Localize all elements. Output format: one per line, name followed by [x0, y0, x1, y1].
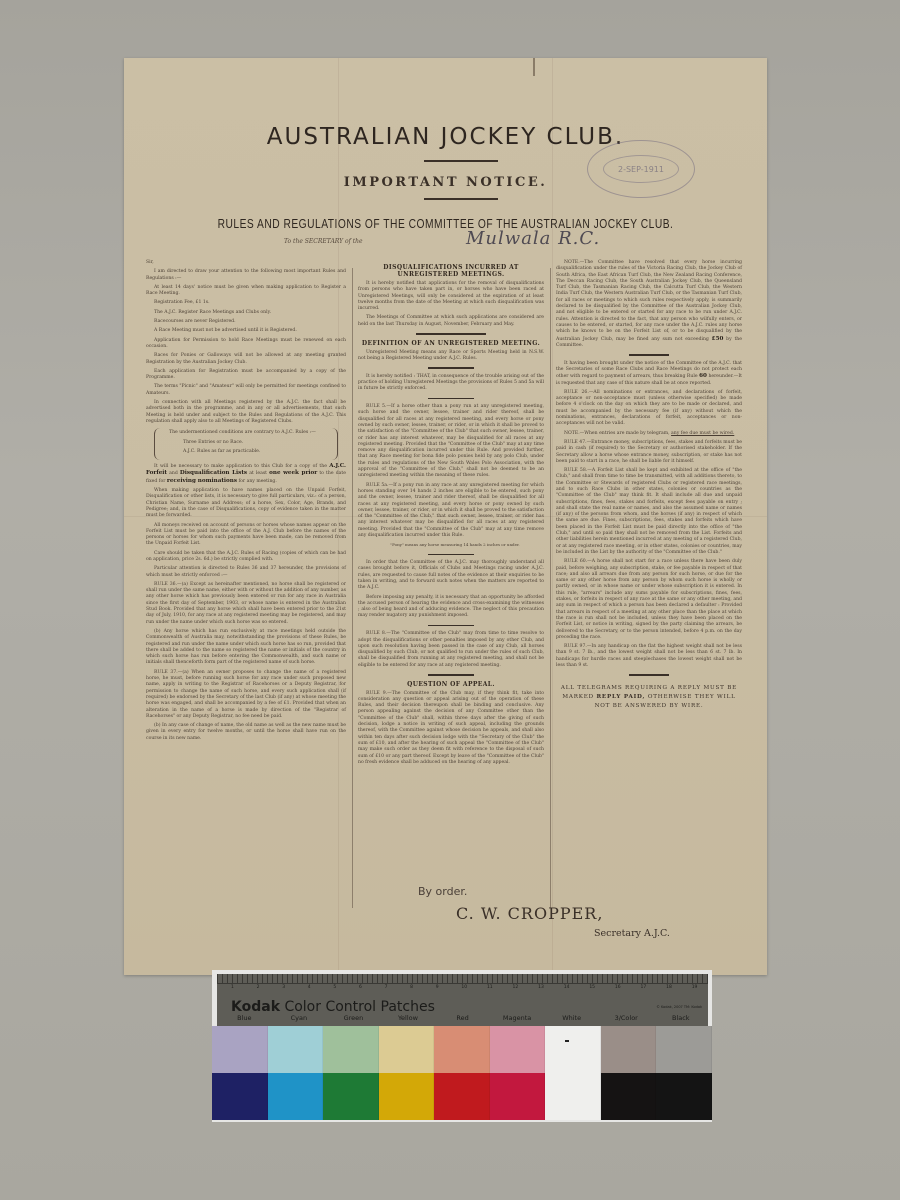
- rule-37b: (b) In any case of change of name, the o…: [146, 723, 346, 742]
- patch-label: Black: [654, 1014, 709, 1022]
- ruler-number: 11: [487, 985, 513, 990]
- patch-label: Magenta: [490, 1014, 545, 1022]
- received-date-stamp: 2-SEP-1911: [587, 140, 695, 198]
- patch-cyan-dark: [268, 1073, 324, 1120]
- paragraph: At least 14 days' notice must be given w…: [146, 285, 346, 298]
- conditions-box: The undermentioned conditions are contra…: [154, 428, 338, 460]
- patch-blue-dark: [212, 1073, 268, 1120]
- ruler-number: 19: [692, 985, 718, 990]
- handwritten-addressee: Mulwala R.C.: [466, 228, 600, 249]
- paragraph: The Meetings of Committee at which such …: [358, 315, 544, 328]
- salutation: Sir,: [146, 260, 346, 266]
- ruler-scale: [217, 974, 708, 984]
- rule-36b: (b) Any horse which has run exclusively …: [146, 629, 346, 667]
- section-rule: [416, 333, 486, 335]
- ruler-number: 9: [436, 985, 462, 990]
- ruler-numbers: 12345678910111213141516171819: [231, 985, 717, 990]
- ruler-number: 17: [641, 985, 667, 990]
- rule-8: RULE 8.—The "Committee of the Club" may …: [358, 631, 544, 669]
- patch-green-dark: [323, 1073, 379, 1120]
- notice-sheet: AUSTRALIAN JOCKEY CLUB. IMPORTANT NOTICE…: [124, 58, 767, 975]
- forfeit-list-paragraph: It will be necessary to make application…: [146, 463, 346, 485]
- card-copyright: © Kodak, 2007 TM: Kodak: [656, 1005, 702, 1009]
- rule-26: RULE 26.—All nominations or entrances, a…: [556, 390, 742, 428]
- patch-magenta-light: [490, 1026, 546, 1073]
- ruler-number: 10: [461, 985, 487, 990]
- patch-cyan-light: [268, 1026, 324, 1073]
- patch-label: Green: [326, 1014, 381, 1022]
- ruler-number: 15: [589, 985, 615, 990]
- patch-magenta-dark: [490, 1073, 546, 1120]
- paragraph: Care should be taken that the A.J.C. Rul…: [146, 551, 346, 564]
- ruler-number: 18: [666, 985, 692, 990]
- paragraph: Unregistered Meeting means any Race or S…: [358, 350, 544, 363]
- ruler-number: 8: [410, 985, 436, 990]
- paragraph: In connection with all Meetings register…: [146, 400, 346, 425]
- by-order-label: By order.: [418, 885, 467, 898]
- telegram-notice: ALL TELEGRAMS REQUIRING A REPLY MUST BE …: [556, 684, 742, 711]
- card-product-name: Color Control Patches: [284, 999, 434, 1015]
- paragraph: Races for Ponies or Galloways will not b…: [146, 353, 346, 366]
- section-rule: [428, 625, 474, 627]
- document-subtitle: RULES AND REGULATIONS OF THE COMMITTEE O…: [182, 217, 709, 231]
- kodak-color-card: 12345678910111213141516171819 Kodak Colo…: [212, 970, 712, 1122]
- section-rule: [428, 674, 474, 676]
- left-column: Sir, I am directed to draw your attentio…: [146, 260, 346, 745]
- stamp-date: 2-SEP-1911: [603, 155, 679, 183]
- patch-yellow-light: [379, 1026, 435, 1073]
- patch-red-light: [434, 1026, 490, 1073]
- section-heading-disqualifications: DISQUALIFICATIONS INCURRED AT UNREGISTER…: [358, 264, 544, 278]
- paragraph: It is hereby notified : THAT, in consequ…: [358, 374, 544, 393]
- paragraph: A Race Meeting must not be advertised un…: [146, 328, 346, 334]
- patch-label: Cyan: [272, 1014, 327, 1022]
- patch-black-light: [656, 1026, 712, 1073]
- paragraph: The A.J.C. Register Race Meetings and Cl…: [146, 310, 346, 316]
- paragraph: Particular attention is directed to Rule…: [146, 566, 346, 579]
- section-rule: [428, 398, 474, 400]
- patch-labels: BlueCyanGreenYellowRedMagentaWhite3/Colo…: [217, 1014, 708, 1022]
- section-heading-appeal: QUESTION OF APPEAL.: [358, 681, 544, 688]
- rule-60: RULE 60.—A horse shall not start for a r…: [556, 559, 742, 641]
- color-patches: [212, 1026, 712, 1120]
- signatory-title: Secretary A.J.C.: [594, 928, 670, 939]
- ruler-number: 1: [231, 985, 257, 990]
- note-telegram-fees: NOTE.—When entries are made by telegram,…: [556, 431, 742, 437]
- middle-column: DISQUALIFICATIONS INCURRED AT UNREGISTER…: [358, 260, 544, 769]
- ruler-number: 5: [333, 985, 359, 990]
- title-rule: [424, 160, 498, 162]
- ruler-number: 3: [282, 985, 308, 990]
- ruler-number: 14: [564, 985, 590, 990]
- kodak-logo: Kodak: [231, 999, 280, 1015]
- paragraph: Racecourses are never Registered.: [146, 319, 346, 325]
- paragraph: Before imposing any penalty, it is neces…: [358, 595, 544, 620]
- paragraph: It is hereby notified that applications …: [358, 281, 544, 312]
- patch-label: Red: [435, 1014, 490, 1022]
- paragraph: In order that the Committee of the A.J.C…: [358, 560, 544, 591]
- rule-5a: RULE 5a.—If a pony run in any race at an…: [358, 483, 544, 540]
- arrears-paragraph: It having been brought under the notice …: [556, 361, 742, 387]
- ruler-number: 12: [513, 985, 539, 990]
- paragraph: The terms "Picnic" and "Amateur" will on…: [146, 384, 346, 397]
- paragraph: Registration Fee, £1 1s.: [146, 300, 346, 306]
- rule-36a: RULE 36.—(a) Except as hereinafter menti…: [146, 582, 346, 626]
- kodak-brand: Kodak Color Control Patches: [231, 999, 435, 1015]
- paper-tear: [533, 58, 535, 76]
- rule-58: RULE 58.—A Forfeit List shall be kept an…: [556, 468, 742, 556]
- ruler-number: 7: [385, 985, 411, 990]
- section-rule: [629, 674, 669, 676]
- rule-9: RULE 9.—The Committee of the Club may, i…: [358, 691, 544, 767]
- box-text: A.J.C. Rules as far as practicable.: [161, 449, 331, 455]
- paragraph: Application for Permission to hold Race …: [146, 338, 346, 351]
- rule-5: RULE 5.—If a horse other than a pony run…: [358, 404, 544, 480]
- right-column: NOTE.—The Committee have resolved that e…: [556, 260, 742, 711]
- ruler-number: 6: [359, 985, 385, 990]
- patch-green-light: [323, 1026, 379, 1073]
- patch-label: Blue: [217, 1014, 272, 1022]
- patch-blue-light: [212, 1026, 268, 1073]
- ruler-number: 16: [615, 985, 641, 990]
- patch-mark: [565, 1040, 569, 1042]
- rule-37a: RULE 37.—(a) When an owner proposes to c…: [146, 670, 346, 720]
- box-text: Three Entries or no Race.: [161, 440, 331, 446]
- note-reciprocal-disqualification: NOTE.—The Committee have resolved that e…: [556, 260, 742, 349]
- patch-red-dark: [434, 1073, 490, 1120]
- section-rule: [428, 367, 474, 369]
- ruler-number: 4: [308, 985, 334, 990]
- patch-label: 3/Color: [599, 1014, 654, 1022]
- ruler-number: 2: [257, 985, 283, 990]
- addressee-label: To the SECRETARY of the: [284, 238, 363, 245]
- patch-3-color-light: [601, 1026, 657, 1073]
- section-rule: [629, 354, 669, 356]
- section-heading-definition: DEFINITION OF AN UNREGISTERED MEETING.: [358, 340, 544, 347]
- patch-white-light: [545, 1026, 601, 1120]
- column-divider: [550, 268, 551, 908]
- box-text: The undermentioned conditions are contra…: [161, 430, 331, 436]
- patch-label: Yellow: [381, 1014, 436, 1022]
- ruler-number: 13: [538, 985, 564, 990]
- patch-label: White: [544, 1014, 599, 1022]
- patch-black-dark: [656, 1073, 712, 1120]
- patch-yellow-dark: [379, 1073, 435, 1120]
- rule-47: RULE 47.—Entrance money, subscriptions, …: [556, 440, 742, 465]
- rule-97: RULE 97.—In any handicap on the flat the…: [556, 644, 742, 669]
- section-rule: [428, 554, 474, 556]
- signatory-name: C. W. CROPPER,: [456, 904, 603, 923]
- notice-rule: [424, 198, 498, 200]
- patch-3-color-dark: [601, 1073, 657, 1120]
- paragraph: When making application to have names pl…: [146, 488, 346, 519]
- paragraph: All moneys received on account of person…: [146, 523, 346, 548]
- paragraph: I am directed to draw your attention to …: [146, 269, 346, 282]
- paragraph: Each application for Registration must b…: [146, 369, 346, 382]
- column-divider: [352, 268, 353, 908]
- pony-footnote: "Pony" means any horse measuring 14 hand…: [358, 542, 544, 548]
